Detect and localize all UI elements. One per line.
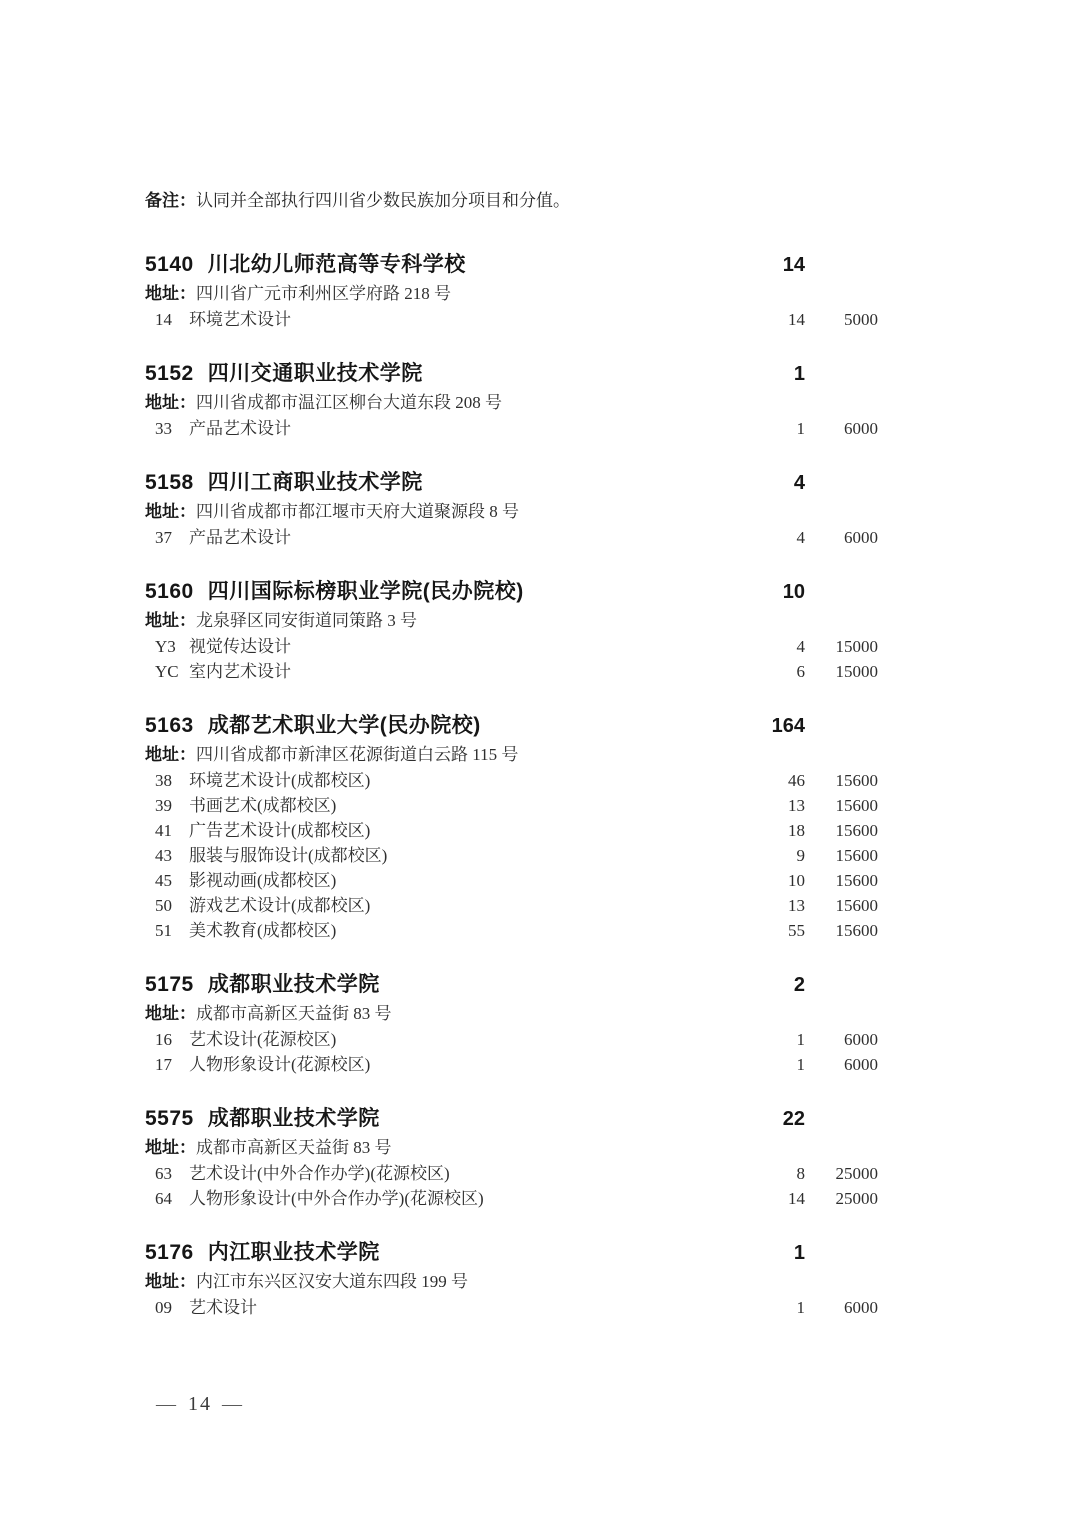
school-address: 龙泉驿区同安街道同策路 3 号	[196, 611, 417, 630]
major-name: 环境艺术设计	[189, 307, 291, 332]
major-fee: 15600	[805, 793, 878, 818]
major-fee: 25000	[805, 1186, 878, 1211]
address-label: 地址：	[145, 1004, 196, 1023]
school-section: 5140 川北幼儿师范高等专科学校 14 地址：四川省广元市利州区学府路 218…	[145, 250, 878, 332]
major-count: 8	[745, 1161, 805, 1186]
major-row: 43 服装与服饰设计(成都校区) 9 15600	[145, 843, 878, 868]
major-name: 产品艺术设计	[189, 416, 291, 441]
school-header: 5176 内江职业技术学院 1	[145, 1238, 878, 1268]
major-count: 6	[745, 659, 805, 684]
school-code: 5158	[145, 468, 194, 498]
major-name: 影视动画(成都校区)	[189, 868, 336, 893]
major-list: 33 产品艺术设计 1 6000	[145, 416, 878, 441]
major-code: Y3	[155, 634, 179, 659]
school-list: 5140 川北幼儿师范高等专科学校 14 地址：四川省广元市利州区学府路 218…	[145, 250, 878, 1320]
major-fee: 25000	[805, 1161, 878, 1186]
major-row: 16 艺术设计(花源校区) 1 6000	[145, 1027, 878, 1052]
major-fee: 15600	[805, 893, 878, 918]
school-name: 川北幼儿师范高等专科学校	[208, 250, 466, 280]
major-row: Y3 视觉传达设计 4 15000	[145, 634, 878, 659]
school-address: 内江市东兴区汉安大道东四段 199 号	[196, 1272, 468, 1291]
major-list: 38 环境艺术设计(成都校区) 46 15600 39 书画艺术(成都校区) 1…	[145, 768, 878, 943]
address-label: 地址：	[145, 284, 196, 303]
major-count: 1	[745, 1052, 805, 1077]
major-row: 39 书画艺术(成都校区) 13 15600	[145, 793, 878, 818]
major-row: 37 产品艺术设计 4 6000	[145, 525, 878, 550]
major-row: 17 人物形象设计(花源校区) 1 6000	[145, 1052, 878, 1077]
major-name: 环境艺术设计(成都校区)	[189, 768, 370, 793]
school-name: 四川国际标榜职业学院(民办院校)	[208, 577, 524, 607]
major-row: 14 环境艺术设计 14 5000	[145, 307, 878, 332]
major-name: 书画艺术(成都校区)	[189, 793, 336, 818]
major-count: 1	[745, 1027, 805, 1052]
major-count: 46	[745, 768, 805, 793]
page-footer: —14—	[145, 1393, 255, 1416]
school-total-count: 4	[735, 468, 805, 498]
major-code: 50	[155, 893, 179, 918]
major-count: 14	[745, 307, 805, 332]
major-count: 55	[745, 918, 805, 943]
major-fee: 6000	[805, 1295, 878, 1320]
major-row: 63 艺术设计(中外合作办学)(花源校区) 8 25000	[145, 1161, 878, 1186]
major-count: 13	[745, 793, 805, 818]
school-name: 内江职业技术学院	[208, 1238, 380, 1268]
major-name: 美术教育(成都校区)	[189, 918, 336, 943]
major-name: 艺术设计(花源校区)	[189, 1027, 336, 1052]
address-label: 地址：	[145, 611, 196, 630]
major-row: 09 艺术设计 1 6000	[145, 1295, 878, 1320]
major-code: 16	[155, 1027, 179, 1052]
address-label: 地址：	[145, 393, 196, 412]
school-total-count: 14	[735, 250, 805, 280]
major-count: 1	[745, 1295, 805, 1320]
major-code: 38	[155, 768, 179, 793]
major-code: 33	[155, 416, 179, 441]
major-fee: 15600	[805, 818, 878, 843]
major-fee: 15600	[805, 843, 878, 868]
school-name: 成都艺术职业大学(民办院校)	[208, 711, 481, 741]
school-section: 5163 成都艺术职业大学(民办院校) 164 地址：四川省成都市新津区花源街道…	[145, 711, 878, 943]
major-code: 37	[155, 525, 179, 550]
school-address-line: 地址：四川省成都市新津区花源街道白云路 115 号	[145, 741, 878, 768]
school-total-count: 164	[735, 711, 805, 741]
major-fee: 15600	[805, 768, 878, 793]
school-address: 成都市高新区天益街 83 号	[196, 1138, 392, 1157]
major-code: 51	[155, 918, 179, 943]
school-header: 5158 四川工商职业技术学院 4	[145, 468, 878, 498]
remark-line: 备注：认同并全部执行四川省少数民族加分项目和分值。	[145, 188, 878, 214]
major-count: 1	[745, 416, 805, 441]
school-total-count: 22	[735, 1104, 805, 1134]
major-code: 63	[155, 1161, 179, 1186]
major-code: 39	[155, 793, 179, 818]
document-page: { "page": { "note_label": "备注：", "note_t…	[0, 0, 1080, 1527]
major-name: 服装与服饰设计(成都校区)	[189, 843, 387, 868]
address-label: 地址：	[145, 745, 196, 764]
major-row: 64 人物形象设计(中外合作办学)(花源校区) 14 25000	[145, 1186, 878, 1211]
school-name: 成都职业技术学院	[208, 1104, 380, 1134]
school-address-line: 地址：内江市东兴区汉安大道东四段 199 号	[145, 1268, 878, 1295]
school-code: 5163	[145, 711, 194, 741]
school-section: 5158 四川工商职业技术学院 4 地址：四川省成都市都江堰市天府大道聚源段 8…	[145, 468, 878, 550]
school-section: 5152 四川交通职业技术学院 1 地址：四川省成都市温江区柳台大道东段 208…	[145, 359, 878, 441]
school-name: 成都职业技术学院	[208, 970, 380, 1000]
major-fee: 6000	[805, 1027, 878, 1052]
major-name: 人物形象设计(中外合作办学)(花源校区)	[189, 1186, 484, 1211]
school-name: 四川工商职业技术学院	[208, 468, 423, 498]
school-section: 5160 四川国际标榜职业学院(民办院校) 10 地址：龙泉驿区同安街道同策路 …	[145, 577, 878, 684]
address-label: 地址：	[145, 502, 196, 521]
school-address-line: 地址：四川省成都市都江堰市天府大道聚源段 8 号	[145, 498, 878, 525]
school-header: 5175 成都职业技术学院 2	[145, 970, 878, 1000]
major-list: 37 产品艺术设计 4 6000	[145, 525, 878, 550]
remark-text: 认同并全部执行四川省少数民族加分项目和分值。	[196, 191, 570, 210]
major-fee: 15000	[805, 634, 878, 659]
major-code: 45	[155, 868, 179, 893]
major-name: 产品艺术设计	[189, 525, 291, 550]
school-section: 5175 成都职业技术学院 2 地址：成都市高新区天益街 83 号 16 艺术设…	[145, 970, 878, 1077]
school-header: 5163 成都艺术职业大学(民办院校) 164	[145, 711, 878, 741]
major-list: 14 环境艺术设计 14 5000	[145, 307, 878, 332]
page-content: 备注：认同并全部执行四川省少数民族加分项目和分值。 5140 川北幼儿师范高等专…	[145, 188, 878, 1347]
major-name: 人物形象设计(花源校区)	[189, 1052, 370, 1077]
major-fee: 6000	[805, 1052, 878, 1077]
school-address-line: 地址：成都市高新区天益街 83 号	[145, 1134, 878, 1161]
major-code: 17	[155, 1052, 179, 1077]
school-address: 四川省广元市利州区学府路 218 号	[196, 284, 451, 303]
major-name: 游戏艺术设计(成都校区)	[189, 893, 370, 918]
major-count: 14	[745, 1186, 805, 1211]
school-total-count: 10	[735, 577, 805, 607]
major-count: 4	[745, 634, 805, 659]
major-list: 63 艺术设计(中外合作办学)(花源校区) 8 25000 64 人物形象设计(…	[145, 1161, 878, 1211]
school-code: 5575	[145, 1104, 194, 1134]
major-fee: 15600	[805, 868, 878, 893]
school-header: 5575 成都职业技术学院 22	[145, 1104, 878, 1134]
school-header: 5152 四川交通职业技术学院 1	[145, 359, 878, 389]
major-count: 18	[745, 818, 805, 843]
major-name: 艺术设计(中外合作办学)(花源校区)	[189, 1161, 450, 1186]
major-row: 51 美术教育(成都校区) 55 15600	[145, 918, 878, 943]
major-name: 艺术设计	[189, 1295, 257, 1320]
school-code: 5160	[145, 577, 194, 607]
footer-right-dash: —	[222, 1393, 244, 1415]
remark-label: 备注：	[145, 191, 196, 210]
school-address: 四川省成都市都江堰市天府大道聚源段 8 号	[196, 502, 519, 521]
address-label: 地址：	[145, 1138, 196, 1157]
major-name: 室内艺术设计	[189, 659, 291, 684]
major-fee: 6000	[805, 416, 878, 441]
school-section: 5176 内江职业技术学院 1 地址：内江市东兴区汉安大道东四段 199 号 0…	[145, 1238, 878, 1320]
major-list: Y3 视觉传达设计 4 15000 YC 室内艺术设计 6 15000	[145, 634, 878, 684]
major-row: 41 广告艺术设计(成都校区) 18 15600	[145, 818, 878, 843]
major-code: 14	[155, 307, 179, 332]
school-total-count: 2	[735, 970, 805, 1000]
school-address-line: 地址：成都市高新区天益街 83 号	[145, 1000, 878, 1027]
school-header: 5160 四川国际标榜职业学院(民办院校) 10	[145, 577, 878, 607]
school-header: 5140 川北幼儿师范高等专科学校 14	[145, 250, 878, 280]
major-fee: 15000	[805, 659, 878, 684]
address-label: 地址：	[145, 1272, 196, 1291]
major-row: 45 影视动画(成都校区) 10 15600	[145, 868, 878, 893]
school-section: 5575 成都职业技术学院 22 地址：成都市高新区天益街 83 号 63 艺术…	[145, 1104, 878, 1211]
major-count: 4	[745, 525, 805, 550]
school-total-count: 1	[735, 359, 805, 389]
major-code: 43	[155, 843, 179, 868]
major-row: 38 环境艺术设计(成都校区) 46 15600	[145, 768, 878, 793]
major-row: YC 室内艺术设计 6 15000	[145, 659, 878, 684]
school-code: 5175	[145, 970, 194, 1000]
major-row: 50 游戏艺术设计(成都校区) 13 15600	[145, 893, 878, 918]
major-list: 09 艺术设计 1 6000	[145, 1295, 878, 1320]
major-fee: 15600	[805, 918, 878, 943]
school-address-line: 地址：龙泉驿区同安街道同策路 3 号	[145, 607, 878, 634]
major-code: 41	[155, 818, 179, 843]
school-address: 四川省成都市温江区柳台大道东段 208 号	[196, 393, 502, 412]
major-code: YC	[155, 659, 179, 684]
major-list: 16 艺术设计(花源校区) 1 6000 17 人物形象设计(花源校区) 1 6…	[145, 1027, 878, 1077]
major-code: 09	[155, 1295, 179, 1320]
major-fee: 5000	[805, 307, 878, 332]
school-total-count: 1	[735, 1238, 805, 1268]
page-number: 14	[188, 1393, 212, 1415]
school-address-line: 地址：四川省广元市利州区学府路 218 号	[145, 280, 878, 307]
school-code: 5152	[145, 359, 194, 389]
major-count: 13	[745, 893, 805, 918]
major-name: 广告艺术设计(成都校区)	[189, 818, 370, 843]
major-fee: 6000	[805, 525, 878, 550]
school-code: 5140	[145, 250, 194, 280]
school-address-line: 地址：四川省成都市温江区柳台大道东段 208 号	[145, 389, 878, 416]
major-row: 33 产品艺术设计 1 6000	[145, 416, 878, 441]
major-code: 64	[155, 1186, 179, 1211]
school-code: 5176	[145, 1238, 194, 1268]
school-name: 四川交通职业技术学院	[208, 359, 423, 389]
major-count: 9	[745, 843, 805, 868]
major-name: 视觉传达设计	[189, 634, 291, 659]
footer-left-dash: —	[156, 1393, 178, 1415]
school-address: 四川省成都市新津区花源街道白云路 115 号	[196, 745, 518, 764]
school-address: 成都市高新区天益街 83 号	[196, 1004, 392, 1023]
major-count: 10	[745, 868, 805, 893]
